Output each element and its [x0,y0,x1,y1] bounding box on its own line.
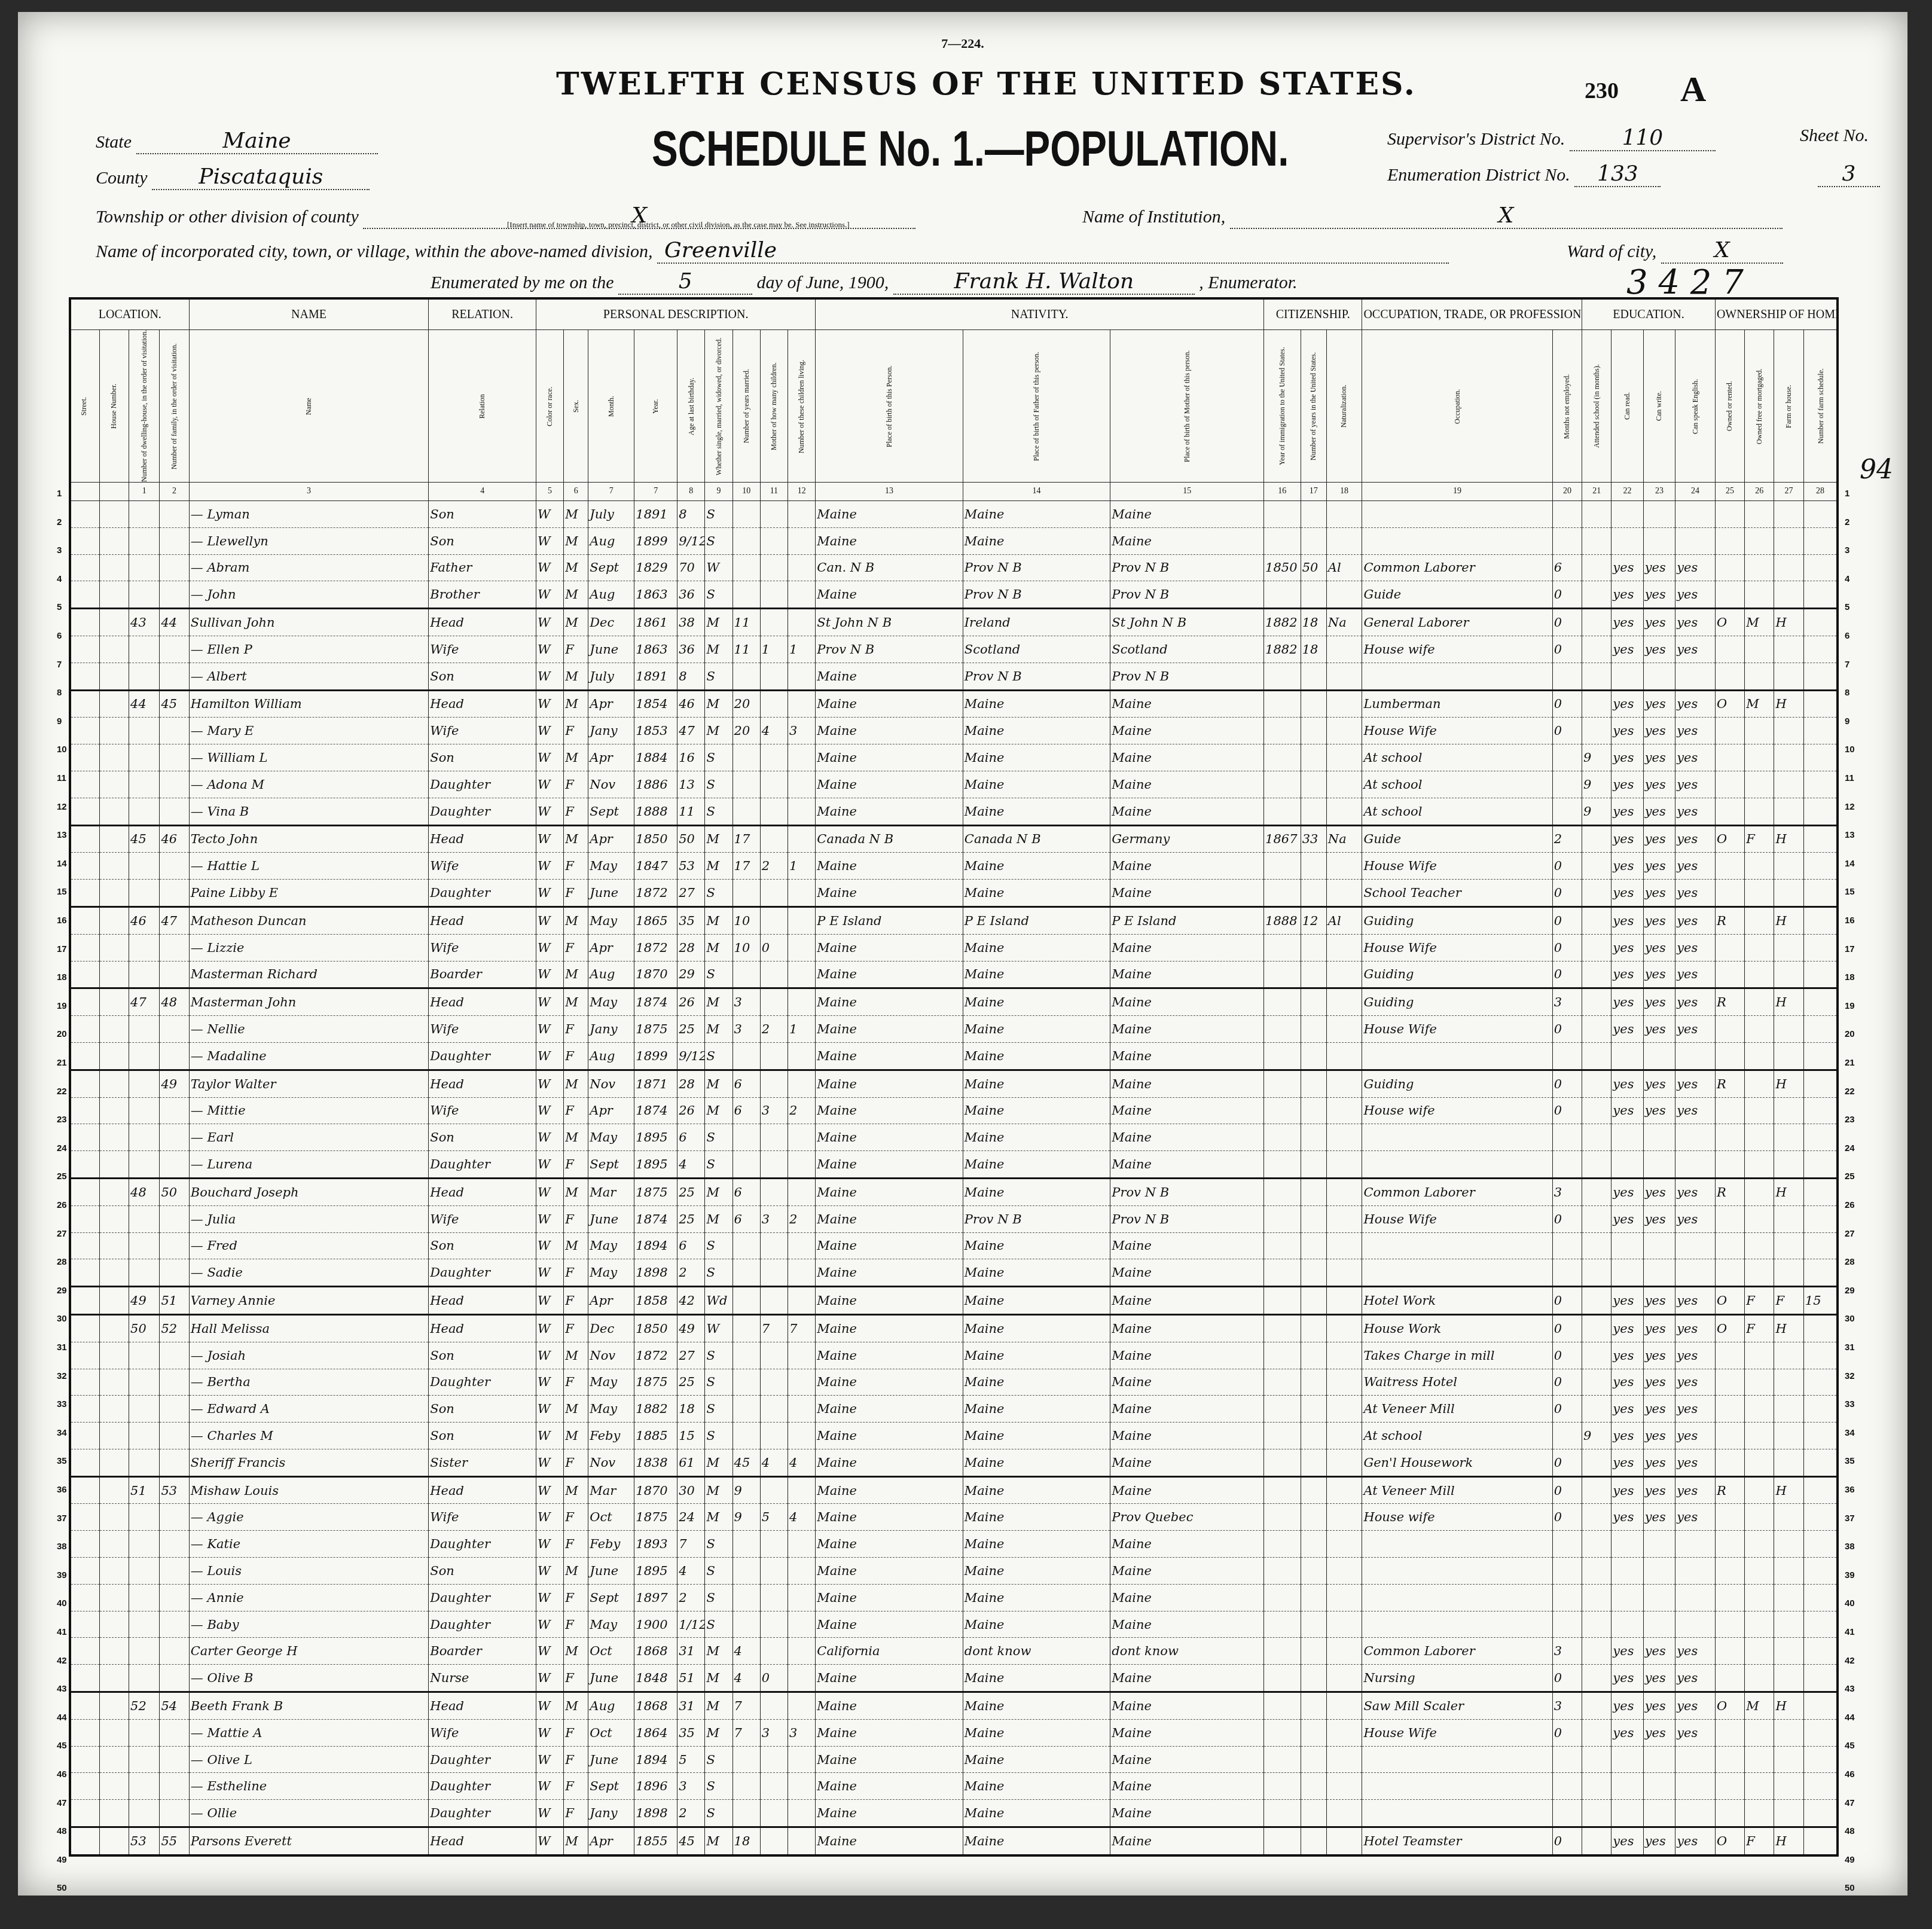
table-row: — AlbertSonWMJuly18918SMaineProv N BProv… [70,663,1838,690]
cell-mc [760,554,788,581]
cell-year: 1893 [634,1531,677,1558]
cell-location [70,961,99,988]
cell-pb: Maine [816,853,963,880]
cell-read: yes [1611,906,1643,934]
cell-sex: M [564,988,588,1016]
cell-fs [1803,554,1838,581]
cell-location [70,1178,99,1205]
cell-cl [788,798,815,825]
cell-age: 38 [677,609,705,636]
cell-fb: Maine [963,527,1110,554]
cell-eng [1675,1124,1716,1151]
cell-own: O [1715,825,1744,853]
cell-color: W [536,1396,563,1423]
cell-fam [160,554,189,581]
cell-month: Feby [588,1531,634,1558]
cell-fam [160,1719,189,1746]
cell-sch: 9 [1582,1423,1611,1449]
cell-location [99,961,129,988]
line-number: 45 [1845,1741,1855,1751]
cell-dw [129,798,160,825]
cell-pb: Maine [816,1369,963,1396]
cell-eng: yes [1675,798,1716,825]
cell-read: yes [1611,581,1643,609]
cell-mne: 0 [1552,1016,1582,1043]
cell-occ: At school [1362,744,1552,771]
cell-color: W [536,1746,563,1773]
cell-fs [1803,1205,1838,1232]
cell-free [1745,1611,1774,1638]
cell-free [1745,1476,1774,1504]
cell-color: W [536,1504,563,1531]
cell-mc: 3 [760,1097,788,1124]
cell-fs [1803,1746,1838,1773]
cell-age: 31 [677,1638,705,1665]
cell-mb: Maine [1110,1287,1264,1315]
cell-cl [788,1611,815,1638]
cell-eng: yes [1675,825,1716,853]
cell-year: 1874 [634,988,677,1016]
cell-own: O [1715,1314,1744,1342]
cell-age: 8 [677,663,705,690]
table-row: — William LSonWMApr188416SMaineMaineMain… [70,744,1838,771]
table-row: — JuliaWifeWFJune187425M632MaineProv N B… [70,1205,1838,1232]
cell-rel: Boarder [429,1638,536,1665]
cell-fb: Maine [963,1287,1110,1315]
cell-color: W [536,1449,563,1476]
cell-ms: S [705,1369,732,1396]
cell-pb: California [816,1638,963,1665]
cell-color: W [536,1558,563,1585]
cell-eng: yes [1675,554,1716,581]
cell-rel: Son [429,744,536,771]
cell-rel: Daughter [429,1611,536,1638]
cell-month: June [588,1205,634,1232]
cell-sex: F [564,1259,588,1287]
cell-fb: Maine [963,1558,1110,1585]
cell-mb: dont know [1110,1638,1264,1665]
form-code: 7—224. [18,36,1907,51]
cell-mne: 0 [1552,609,1582,636]
line-number: 25 [57,1171,67,1182]
cell-write: yes [1643,1314,1675,1342]
cell-mc: 3 [760,1719,788,1746]
cell-ym [732,1314,760,1342]
cell-fs [1803,1531,1838,1558]
cell-pb: Maine [816,1449,963,1476]
cell-ym [732,1151,760,1179]
cell-age: 28 [677,1070,705,1097]
cell-fb: Maine [963,1531,1110,1558]
cell-write: yes [1643,1827,1675,1855]
cell-eng: yes [1675,744,1716,771]
cell-name: Parsons Everett [189,1827,429,1855]
cell-location [99,1259,129,1287]
cell-location [70,690,99,718]
cell-cl [788,1476,815,1504]
cell-age: 3 [677,1773,705,1800]
cell-nat [1326,718,1362,744]
cell-eng [1675,501,1716,528]
cell-imm [1264,1259,1301,1287]
cell-month: Apr [588,744,634,771]
cell-location [70,1423,99,1449]
cell-rel: Son [429,663,536,690]
cell-write: yes [1643,1638,1675,1665]
cell-location [99,988,129,1016]
cell-location [99,1151,129,1179]
cell-rel: Son [429,1232,536,1259]
cell-mne [1552,527,1582,554]
cell-nat [1326,1070,1362,1097]
table-row: — Olive BNurseWFJune184851M40MaineMaineM… [70,1665,1838,1692]
cell-sch [1582,880,1611,907]
cell-occ [1362,501,1552,528]
cell-eng: yes [1675,934,1716,961]
cell-farm [1774,1800,1803,1827]
cell-sex: M [564,1124,588,1151]
line-number: 19 [57,1001,67,1011]
cell-free [1745,1531,1774,1558]
cell-sex: F [564,1611,588,1638]
cell-write: yes [1643,1423,1675,1449]
cell-cl [788,1423,815,1449]
cell-sex: F [564,934,588,961]
cell-fam [160,1773,189,1800]
cell-read: yes [1611,1314,1643,1342]
cell-fam: 50 [160,1178,189,1205]
table-row: — OllieDaughterWFJany18982SMaineMaineMai… [70,1800,1838,1827]
cell-occ: Guiding [1362,988,1552,1016]
cell-mb: Scotland [1110,636,1264,663]
cell-name: — Nellie [189,1016,429,1043]
cell-color: W [536,1042,563,1070]
sheet-number: 3 [1818,161,1880,187]
cell-read [1611,1800,1643,1827]
cell-eng: yes [1675,1314,1716,1342]
cell-cl [788,690,815,718]
cell-nat [1326,527,1362,554]
cell-mc: 7 [760,1314,788,1342]
cell-location [70,1719,99,1746]
cell-farm: H [1774,1827,1803,1855]
cell-mne [1552,798,1582,825]
cell-ms: M [705,1070,732,1097]
group-education: EDUCATION. [1582,298,1716,330]
cell-ym [732,1396,760,1423]
cell-mne [1552,1800,1582,1827]
column-number: 14 [963,483,1110,501]
cell-cl [788,1369,815,1396]
cell-imm [1264,501,1301,528]
cell-mc: 1 [760,636,788,663]
cell-mb: Maine [1110,1016,1264,1043]
cell-sex: M [564,663,588,690]
line-number: 23 [1845,1115,1855,1125]
cell-location [99,1396,129,1423]
cell-mb: Maine [1110,718,1264,744]
table-row: — EsthelineDaughterWFSept18963SMaineMain… [70,1773,1838,1800]
cell-month: July [588,663,634,690]
cell-fam [160,1800,189,1827]
cell-location [70,1638,99,1665]
cell-imm [1264,1773,1301,1800]
cell-name: — Abram [189,554,429,581]
cell-ms: M [705,1827,732,1855]
cell-pb: Maine [816,1178,963,1205]
enumeration-district-value: 133 [1574,161,1661,187]
cell-age: 25 [677,1205,705,1232]
page-number: 230 [1585,78,1619,104]
cell-location [99,1476,129,1504]
cell-age: 7 [677,1531,705,1558]
cell-write: yes [1643,934,1675,961]
column-header: Number of years married. [732,330,760,483]
cell-mc [760,1773,788,1800]
cell-year: 1874 [634,1205,677,1232]
cell-mne [1552,771,1582,798]
cell-write: yes [1643,825,1675,853]
column-number: 4 [429,483,536,501]
line-number: 18 [57,972,67,982]
line-number: 39 [57,1570,67,1580]
cell-location [99,1531,129,1558]
cell-dw [129,1611,160,1638]
cell-location [70,1396,99,1423]
cell-farm [1774,1369,1803,1396]
cell-ym: 4 [732,1638,760,1665]
table-row: — Ellen PWifeWFJune186336M1111Prov N BSc… [70,636,1838,663]
cell-eng: yes [1675,1205,1716,1232]
column-header: Color or race. [536,330,563,483]
column-number: 12 [788,483,815,501]
cell-month: Apr [588,1827,634,1855]
cell-sch [1582,1504,1611,1531]
column-number: 13 [816,483,963,501]
cell-cl [788,1827,815,1855]
cell-nat [1326,1259,1362,1287]
cell-write: yes [1643,554,1675,581]
cell-imm: 1850 [1264,554,1301,581]
cell-sex: M [564,744,588,771]
cell-year: 1875 [634,1369,677,1396]
cell-sch [1582,825,1611,853]
column-header: Street. [70,330,99,483]
cell-rel: Daughter [429,1584,536,1611]
cell-month: Oct [588,1504,634,1531]
line-number: 22 [1845,1086,1855,1097]
cell-color: W [536,1638,563,1665]
cell-sex: M [564,1342,588,1369]
cell-ym: 3 [732,1016,760,1043]
cell-write: yes [1643,744,1675,771]
cell-farm [1774,1232,1803,1259]
cell-write [1643,1611,1675,1638]
cell-yrs [1301,1124,1326,1151]
line-number: 40 [57,1598,67,1608]
column-header: Number of years in the United States. [1301,330,1326,483]
cell-fam [160,771,189,798]
cell-fam [160,1342,189,1369]
cell-imm [1264,988,1301,1016]
cell-mb: Maine [1110,1746,1264,1773]
cell-month: July [588,501,634,528]
column-header: Number of farm schedule. [1803,330,1838,483]
cell-location [99,1611,129,1638]
cell-month: June [588,1746,634,1773]
cell-read [1611,663,1643,690]
cell-mne: 0 [1552,1665,1582,1692]
cell-fs [1803,1016,1838,1043]
cell-year: 1858 [634,1287,677,1315]
cell-fam [160,1097,189,1124]
cell-sex: M [564,1396,588,1423]
cell-read: yes [1611,961,1643,988]
cell-own [1715,934,1744,961]
cell-read: yes [1611,798,1643,825]
cell-month: Sept [588,554,634,581]
cell-yrs [1301,1746,1326,1773]
cell-sch: 9 [1582,771,1611,798]
cell-sch [1582,1719,1611,1746]
line-number: 21 [1845,1058,1855,1068]
cell-nat [1326,934,1362,961]
cell-nat [1326,663,1362,690]
table-row: — LlewellynSonWMAug18999/12SMaineMaineMa… [70,527,1838,554]
cell-rel: Father [429,554,536,581]
cell-ym: 10 [732,906,760,934]
cell-ms: M [705,1665,732,1692]
cell-year: 1875 [634,1178,677,1205]
cell-write [1643,1259,1675,1287]
cell-sch [1582,1476,1611,1504]
cell-color: W [536,853,563,880]
cell-yrs: 50 [1301,554,1326,581]
line-number: 50 [1845,1883,1855,1893]
cell-ym [732,880,760,907]
cell-ms: M [705,1205,732,1232]
column-header: Owned or rented. [1715,330,1744,483]
cell-pb: Maine [816,961,963,988]
cell-pb: Maine [816,527,963,554]
cell-mne: 0 [1552,1476,1582,1504]
cell-imm [1264,1070,1301,1097]
cell-cl [788,988,815,1016]
cell-sch [1582,988,1611,1016]
cell-imm [1264,581,1301,609]
cell-own: O [1715,1827,1744,1855]
table-row: 4344Sullivan JohnHeadWMDec186138M11St Jo… [70,609,1838,636]
cell-mne: 6 [1552,554,1582,581]
cell-occ: Guiding [1362,1070,1552,1097]
cell-age: 13 [677,771,705,798]
cell-color: W [536,609,563,636]
cell-month: May [588,1259,634,1287]
line-number: 37 [57,1513,67,1524]
cell-age: 24 [677,1504,705,1531]
cell-dw: 48 [129,1178,160,1205]
cell-location [99,1719,129,1746]
line-number: 11 [1845,773,1854,783]
cell-name: — Josiah [189,1342,429,1369]
cell-month: Sept [588,1584,634,1611]
cell-pb: Maine [816,501,963,528]
cell-fam [160,501,189,528]
cell-ym: 17 [732,825,760,853]
line-number: 4 [57,574,62,584]
column-header: Mother of how many children. [760,330,788,483]
cell-occ [1362,1746,1552,1773]
cell-nat [1326,1827,1362,1855]
cell-write: yes [1643,1287,1675,1315]
cell-own: R [1715,988,1744,1016]
table-row: — Hattie LWifeWFMay184753M1721MaineMaine… [70,853,1838,880]
cell-rel: Head [429,609,536,636]
cell-rel: Head [429,1314,536,1342]
cell-farm [1774,1449,1803,1476]
cell-eng [1675,527,1716,554]
cell-sch [1582,690,1611,718]
cell-pb: Maine [816,1719,963,1746]
cell-sch [1582,1665,1611,1692]
cell-month: June [588,1558,634,1585]
cell-imm [1264,1232,1301,1259]
cell-age: 70 [677,554,705,581]
cell-read: yes [1611,1342,1643,1369]
table-row: — Mattie AWifeWFOct186435M733MaineMaineM… [70,1719,1838,1746]
enumerator-name: Frank H. Walton [893,269,1195,295]
column-number: 16 [1264,483,1301,501]
line-number: 10 [1845,744,1855,755]
cell-cl [788,501,815,528]
cell-location [70,1449,99,1476]
cell-fb: Maine [963,1692,1110,1720]
cell-mc [760,1342,788,1369]
cell-farm [1774,1665,1803,1692]
line-number: 28 [57,1257,67,1267]
cell-fam [160,581,189,609]
cell-dw [129,771,160,798]
cell-imm [1264,663,1301,690]
cell-rel: Head [429,1070,536,1097]
cell-sch [1582,1016,1611,1043]
cell-nat [1326,1611,1362,1638]
cell-occ [1362,1611,1552,1638]
cell-mne: 0 [1552,1719,1582,1746]
cell-month: Mar [588,1476,634,1504]
line-number: 36 [57,1485,67,1495]
cell-rel: Head [429,825,536,853]
cell-own [1715,718,1744,744]
cell-free: M [1745,690,1774,718]
cell-sch [1582,1151,1611,1179]
cell-free [1745,1342,1774,1369]
cell-age: 2 [677,1584,705,1611]
cell-mb: Maine [1110,1449,1264,1476]
cell-name: — Adona M [189,771,429,798]
cell-sex: F [564,1369,588,1396]
cell-fam [160,1151,189,1179]
cell-imm [1264,1476,1301,1504]
cell-name: — William L [189,744,429,771]
cell-imm [1264,1504,1301,1531]
cell-mne: 2 [1552,825,1582,853]
cell-free [1745,1042,1774,1070]
cell-fam [160,1665,189,1692]
cell-imm [1264,1665,1301,1692]
cell-name: — Sadie [189,1259,429,1287]
cell-yrs [1301,1449,1326,1476]
